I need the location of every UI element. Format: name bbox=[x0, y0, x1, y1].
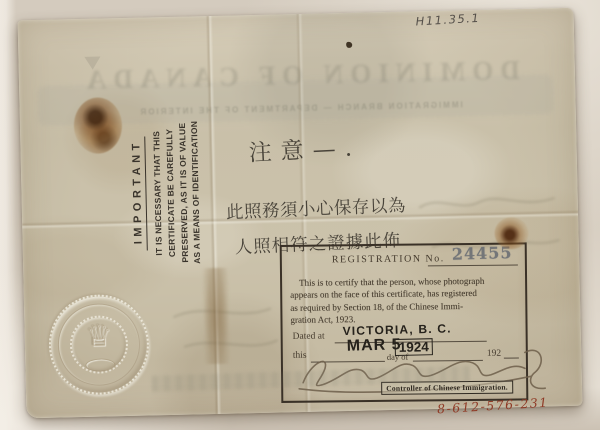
certification-paragraph: This is to certify that the person, whos… bbox=[290, 274, 517, 326]
important-notice-rotated: IMPORTANT IT IS NECESSARY THAT THIS CERT… bbox=[125, 94, 219, 292]
dated-at-label: Dated at bbox=[293, 332, 325, 342]
ink-speck bbox=[346, 42, 352, 48]
photograph-background: DOMINION OF CANADA IMMIGRATION BRANCH — … bbox=[0, 0, 600, 430]
registration-number-label: REGISTRATION No. bbox=[332, 253, 445, 265]
crown-icon: ♕ bbox=[50, 318, 147, 355]
registration-number-line bbox=[428, 264, 518, 266]
important-title: IMPORTANT bbox=[130, 137, 148, 250]
certificate-back-document: DOMINION OF CANADA IMMIGRATION BRANCH — … bbox=[18, 8, 583, 419]
printer-union-mark bbox=[84, 56, 100, 69]
important-notice-block: IMPORTANT IT IS NECESSARY THAT THIS CERT… bbox=[125, 94, 219, 292]
chinese-notice-heading: 注意—. bbox=[248, 129, 362, 167]
